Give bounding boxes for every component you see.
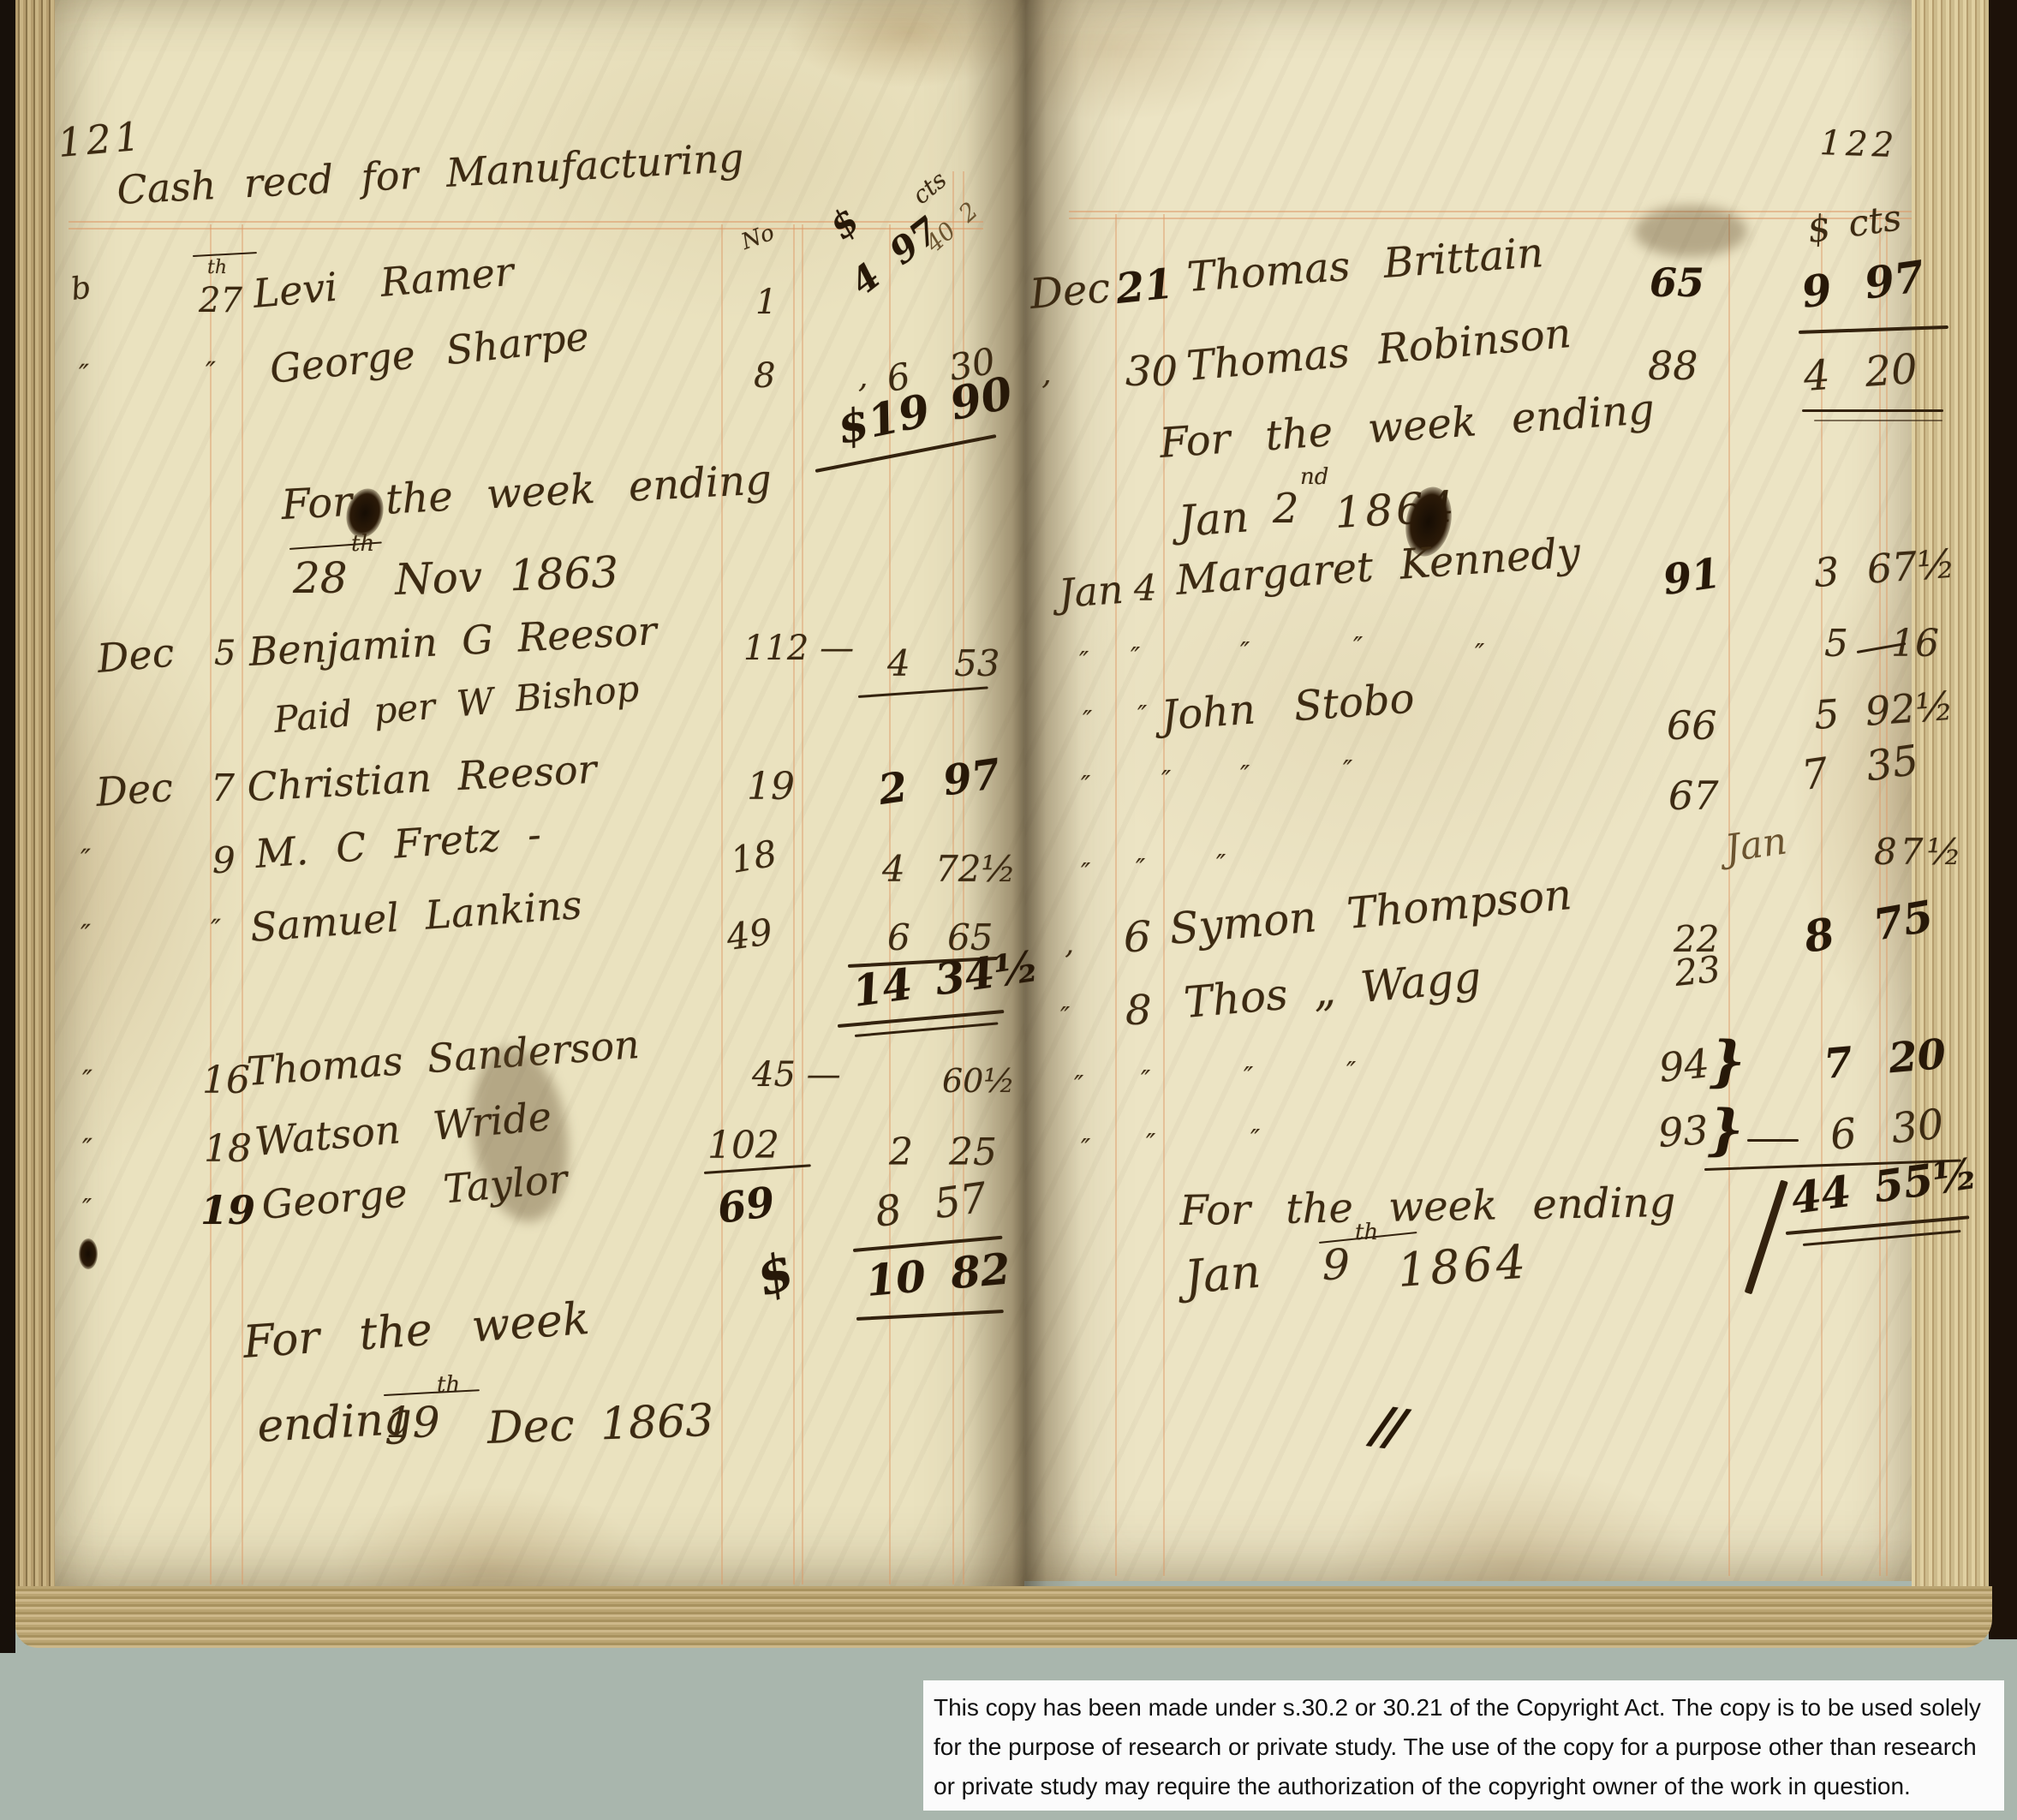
- entry-margin: ″: [1081, 771, 1090, 801]
- entry-acct: 91: [1660, 549, 1723, 605]
- entry-amount: 5 16: [1824, 622, 1939, 665]
- entry-acct-ditto: ″: [1475, 639, 1484, 669]
- entry-acct: 93: [1656, 1107, 1710, 1156]
- entry-name-ditto: ″: [1240, 637, 1250, 667]
- ruled-line: [1115, 214, 1117, 1576]
- entry-day: 7: [211, 767, 235, 810]
- entry-day: 30: [1125, 348, 1178, 396]
- week-date-sup: nd: [1300, 464, 1328, 490]
- entry-day-sup: th: [207, 257, 227, 278]
- entry-amount: 3 67½: [1812, 540, 1956, 596]
- stroke: [1747, 1139, 1799, 1142]
- week-date-pre: Jan: [1183, 1244, 1263, 1304]
- copyright-line: for the purpose of research or private s…: [934, 1733, 1977, 1761]
- ruled-line: [1886, 214, 1888, 1576]
- entry-day: 27: [199, 281, 242, 320]
- entry-note: Jan: [1722, 819, 1790, 871]
- entry-amount: 5 92½: [1812, 683, 1954, 738]
- entry-acct: 112 —: [743, 629, 854, 668]
- brace: }: [1710, 1029, 1745, 1094]
- entry-acct: 67: [1668, 773, 1719, 819]
- entry-acct: 69: [714, 1178, 778, 1233]
- entry-margin: ″: [1060, 1002, 1070, 1032]
- entry-margin: ″: [1081, 1134, 1090, 1164]
- ruled-line: [242, 224, 243, 1584]
- entry-date: Dec: [1028, 264, 1112, 319]
- entry-amount: 2 25: [889, 1131, 997, 1174]
- ruled-line: [721, 224, 723, 1584]
- entry-margin: ″: [82, 1194, 92, 1224]
- copyright-line: This copy has been made under s.30.2 or …: [934, 1694, 1981, 1722]
- underline: [1802, 409, 1943, 412]
- week-date-day: 19: [385, 1398, 440, 1447]
- book-cover-right: [1989, 0, 2017, 1639]
- entry-margin: ‚: [1041, 356, 1051, 391]
- book-bottom-edge: [15, 1586, 1992, 1648]
- ruled-line: [802, 224, 803, 1584]
- entry-amount: 4 72½: [882, 848, 1016, 890]
- entry-name-ditto: ″: [1353, 632, 1363, 662]
- entry-margin: ‚: [1065, 927, 1074, 961]
- ruled-line: [1879, 214, 1881, 1576]
- entry-name-ditto: ″: [1343, 755, 1352, 785]
- entry-margin: ″: [1074, 1071, 1083, 1101]
- entry-margin: ″: [1083, 706, 1092, 736]
- page-number-left: 121: [56, 113, 145, 166]
- entry-acct: 66: [1667, 702, 1717, 749]
- copyright-notice: This copy has been made under s.30.2 or …: [923, 1680, 2004, 1811]
- week-date-sup: th: [1355, 1220, 1378, 1245]
- entry-day: 4: [1134, 567, 1157, 609]
- underline: [1814, 420, 1942, 421]
- entry-acct: 1: [755, 283, 777, 322]
- ruled-line: [1069, 218, 1912, 219]
- entry-amount: 60½: [942, 1062, 1015, 1100]
- copyright-line: or private study may require the authori…: [934, 1773, 1911, 1800]
- entry-day: ″: [1146, 1129, 1155, 1159]
- ruled-line: [1069, 211, 1912, 212]
- entry-name-ditto: ″: [1216, 850, 1226, 880]
- entry-acct: 19: [747, 765, 795, 809]
- entry-acct: 65: [1650, 260, 1704, 306]
- entry-day: ″: [1141, 1065, 1150, 1095]
- week-date-pre: Jan: [1177, 492, 1250, 546]
- entry-margin: ″: [82, 1132, 92, 1165]
- ruled-line: [793, 224, 795, 1584]
- entry-day: 8: [1125, 987, 1152, 1035]
- ink-blot: [79, 1238, 98, 1269]
- entry-day: ″: [1131, 642, 1140, 672]
- entry-day: 21: [1113, 260, 1175, 313]
- week-date-rest: Dec 1863: [486, 1395, 714, 1454]
- entry-acct: 102: [707, 1124, 779, 1167]
- entry-acct2: 23: [1673, 948, 1722, 994]
- entry-acct: 18: [727, 832, 779, 881]
- ruled-line: [1163, 214, 1165, 1576]
- week-date-rest: Nov 1863: [394, 547, 619, 605]
- entry-day: 6: [1124, 912, 1151, 962]
- entry-day: 18: [204, 1127, 252, 1171]
- entry-acct: 94: [1656, 1040, 1711, 1091]
- entry-acct: 8: [754, 356, 775, 396]
- entry-name-ditto: ″: [1250, 1125, 1260, 1155]
- entry-date: Jan: [1057, 566, 1125, 617]
- ink-smudge: [1634, 206, 1747, 257]
- week-date-rest: 1864: [1396, 1234, 1531, 1298]
- entry-acct: 88: [1648, 343, 1698, 389]
- entry-day: ″: [211, 913, 221, 946]
- entry-day: ″: [206, 355, 216, 388]
- entry-margin: ″: [1081, 858, 1090, 888]
- entry-margin: ″: [79, 358, 89, 391]
- entry-margin: ″: [1079, 647, 1089, 677]
- entry-name-ditto: ″: [1240, 761, 1250, 791]
- entry-day: ″: [1136, 854, 1145, 884]
- entry-amount: 87½: [1874, 831, 1965, 873]
- page-number-right: 122: [1819, 123, 1899, 165]
- entry-day: 19: [200, 1187, 255, 1233]
- entry-name-ditto: ″: [1346, 1057, 1356, 1087]
- entry-amount: 4 20: [1802, 345, 1919, 401]
- entry-day: ″: [1137, 701, 1147, 731]
- week-date-day: 2: [1273, 485, 1299, 533]
- entry-day: 5: [214, 634, 236, 673]
- page-stack-left: [15, 0, 55, 1614]
- ruled-line: [210, 224, 212, 1584]
- entry-day: 9: [212, 839, 236, 881]
- entry-day: 16: [202, 1059, 250, 1102]
- entry-margin: ″: [82, 1064, 92, 1096]
- page-stack-right: [1912, 0, 1990, 1634]
- entry-date: Dec: [95, 629, 176, 682]
- week-date-day: 9: [1322, 1240, 1350, 1290]
- ruled-line: [1728, 214, 1730, 1576]
- entry-acct: 45 —: [752, 1055, 841, 1095]
- entry-name-ditto: ″: [1244, 1062, 1253, 1092]
- ink-tick: ,: [858, 360, 868, 395]
- week-date-day: 28: [293, 553, 348, 603]
- entry-day: ″: [1161, 766, 1171, 796]
- ruled-line: [1821, 214, 1823, 1576]
- entry-margin: ″: [81, 843, 91, 875]
- entry-date: Dec: [94, 764, 174, 815]
- entry-acct: 49: [724, 910, 775, 958]
- week-date-sup: th: [437, 1372, 460, 1398]
- entry-amount: 4 53: [887, 642, 1000, 684]
- week-note: For the week ending: [1179, 1179, 1676, 1235]
- ledger-scan: 121 Cash recd for Manufacturing No $ cts…: [0, 0, 2017, 1820]
- book-left-edge: [0, 0, 15, 1653]
- brace: }: [1708, 1098, 1743, 1162]
- entry-margin: ″: [81, 918, 91, 951]
